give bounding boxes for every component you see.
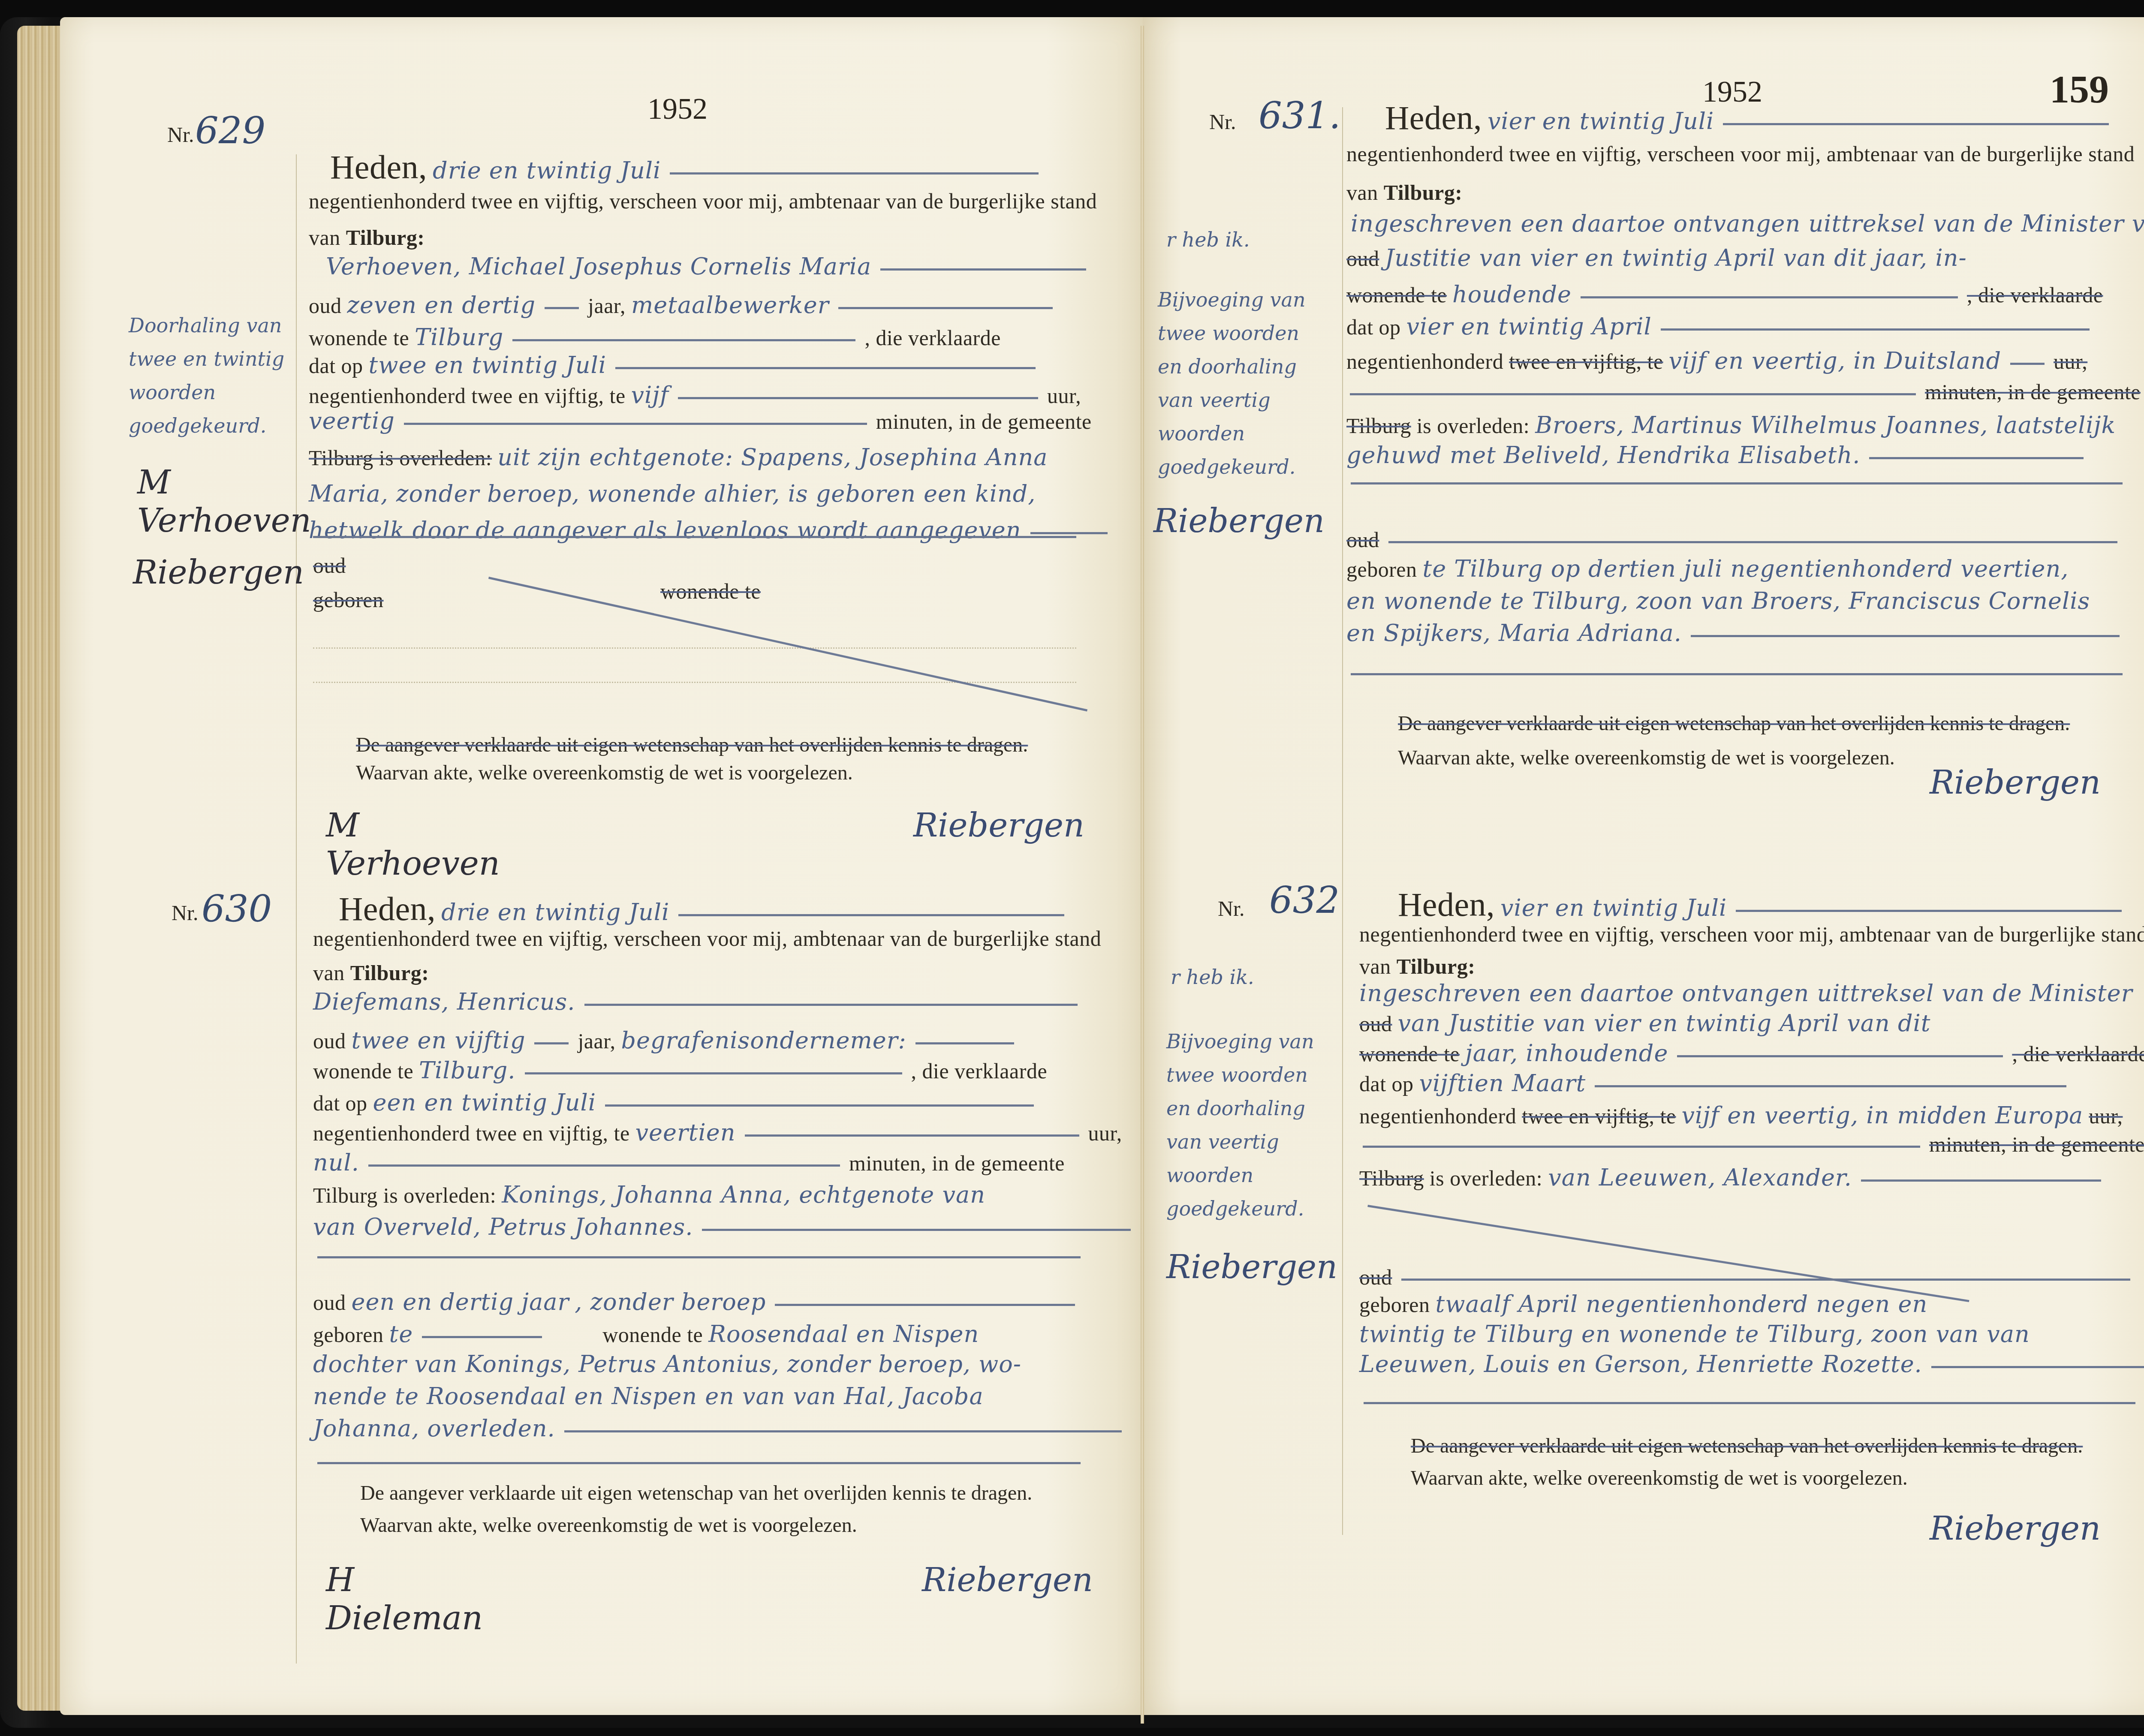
wonende-line: wonende te jaar, inhoudende , die verkla… (1359, 1040, 2144, 1067)
margin-signature-declarant: M Verhoeven (137, 463, 311, 539)
deceased-line-3: hetwelk door de aangever als levenloos w… (309, 517, 1111, 544)
margin-signature: Riebergen (1153, 502, 1325, 540)
datop-line: dat op een en twintig Juli (313, 1089, 1037, 1116)
oud-line: oud twee en vijftig jaar, begrafenisonde… (313, 1027, 1018, 1054)
signature-official: Riebergen (1930, 763, 2101, 801)
minutes: veertig (309, 407, 395, 434)
deceased-line-1: uit zijn echtgenote: Spapens, Josephina … (497, 444, 1048, 471)
residence2: Roosendaal en Nispen (708, 1321, 979, 1348)
closing-read: Waarvan akte, welke overeenkomstig de we… (1398, 746, 1895, 770)
datop-line: dat op vier en twintig April (1346, 313, 2093, 340)
line-verscheen: negentienhonderd twee en vijftig, versch… (1359, 922, 2144, 947)
nr-label: Nr. (172, 900, 199, 925)
age: twee en vijftig (352, 1027, 526, 1054)
residence: Tilburg (415, 324, 503, 351)
wonende2-label: wonende te (660, 579, 761, 604)
margin-rule (296, 154, 297, 1664)
birth-line-3: en Spijkers, Maria Adriana. (1346, 620, 2123, 647)
van-tilburg-line: van Tilburg: (1346, 180, 1462, 205)
date: vijftien Maart (1419, 1070, 1586, 1097)
closing-statement: De aangever verklaarde uit eigen wetensc… (356, 733, 1028, 757)
nr-label: Nr. (1218, 896, 1245, 921)
oud2-line: oud een en dertig jaar , zonder beroep (313, 1288, 1078, 1315)
closing-read: Waarvan akte, welke overeenkomstig de we… (360, 1513, 857, 1537)
deceased-line-2: van Overveld, Petrus Johannes. (313, 1213, 1134, 1240)
heden-value: drie en twintig Juli (441, 899, 669, 926)
oud2-line: oud (1359, 1265, 2134, 1290)
minutes-line: nul. minuten, in de gemeente (313, 1149, 1065, 1176)
closing-read: Waarvan akte, welke overeenkomstig de we… (1411, 1466, 1908, 1490)
birth-line-2: twintig te Tilburg en wonende te Tilburg… (1359, 1321, 2030, 1348)
birth-line-1: twaalf April negentienhonderd negen en (1436, 1291, 1928, 1318)
geboren-line: geboren twaalf April negentienhonderd ne… (1359, 1291, 1927, 1318)
minutes: nul. (313, 1149, 359, 1176)
hour: veertien (635, 1119, 736, 1146)
nr-value: 632 (1269, 879, 1340, 922)
geboren-line: geboren te wonende te Roosendaal en Nisp… (313, 1321, 979, 1348)
declarant-name-line: Diefemans, Henricus. (313, 988, 1081, 1015)
occupation: metaalbewerker (631, 292, 829, 319)
deceased-line-1: Konings, Johanna Anna, echtgenote van (502, 1181, 985, 1208)
deceased-line-1: Broers, Martinus Wilhelmus Joannes, laat… (1535, 412, 2116, 439)
body-line-2: oud van Justitie van vier en twintig Apr… (1359, 1010, 1931, 1037)
declarant-name: Diefemans, Henricus. (313, 988, 575, 1015)
signature-official: Riebergen (1930, 1509, 2101, 1547)
margin-note-top: r heb ik. (1166, 223, 1329, 256)
nr-label: Nr. (1209, 109, 1236, 134)
datop-line: dat op vijftien Maart (1359, 1070, 2070, 1097)
hour: vijf (631, 382, 669, 409)
year-hour-line: negentienhonderd twee en vijftig, te vij… (1346, 347, 2087, 374)
date: twee en twintig Juli (369, 352, 607, 379)
parents-line-3: Johanna, overleden. (313, 1415, 1125, 1442)
signature-official: Riebergen (922, 1561, 1093, 1599)
closing-read: Waarvan akte, welke overeenkomstig de we… (356, 761, 853, 785)
van-tilburg-line: van Tilburg: (313, 960, 429, 985)
book-spine (1141, 26, 1144, 1724)
date: een en twintig Juli (373, 1089, 596, 1116)
residence: Tilburg. (419, 1057, 515, 1084)
deceased-line-2: Maria, zonder beroep, wonende alhier, is… (309, 480, 1036, 507)
occupation2: , zonder beroep (575, 1288, 766, 1315)
line-verscheen: negentienhonderd twee en vijftig, versch… (309, 189, 1097, 214)
nr-label: Nr. (167, 122, 194, 147)
heden-line: Heden, drie en twintig Juli (339, 890, 1068, 928)
wonende-line: wonende te Tilburg , die verklaarde (309, 324, 1001, 351)
year-hour-line: negentienhonderd twee en vijftig, te vij… (1359, 1102, 2123, 1129)
line-verscheen: negentienhonderd twee en vijftig, versch… (1346, 141, 2135, 166)
nr-value: 629 (195, 109, 265, 152)
geboren-line: geboren te Tilburg op dertien juli negen… (1346, 555, 2069, 582)
body-line-2: oud Justitie van vier en twintig April v… (1346, 244, 1967, 271)
oud2-line: oud (1346, 527, 2121, 552)
wonende-line: wonende te houdende , die verklaarde (1346, 281, 2103, 308)
van-tilburg-line: van Tilburg: (309, 225, 425, 250)
overleden-line: Tilburg is overleden: uit zijn echtgenot… (309, 444, 1048, 471)
margin-note: Bijvoeging van twee woorden en doorhalin… (1158, 283, 1329, 484)
minutes-line: minuten, in de gemeente (1359, 1132, 2144, 1157)
signature-official: Riebergen (913, 806, 1084, 844)
page-year: 1952 (647, 92, 708, 126)
occupation: begrafenisondernemer: (621, 1027, 906, 1054)
datop-line: dat op twee en twintig Juli (309, 352, 1039, 379)
residence: houdende (1452, 281, 1572, 308)
heden-line: Heden, drie en twintig Juli (330, 148, 1042, 187)
signature-declarant: M Verhoeven (326, 806, 500, 882)
closing-statement: De aangever verklaarde uit eigen wetensc… (1411, 1434, 2083, 1458)
margin-signature: Riebergen (1166, 1248, 1337, 1286)
hour-text: vijf en veertig, in Duitsland (1669, 347, 2001, 374)
birthplace: te (389, 1321, 413, 1348)
body-line-1: ingeschreven een daartoe ontvangen uittr… (1359, 980, 2133, 1007)
heden-value: drie en twintig Juli (433, 157, 661, 184)
declarant-name-line: Verhoeven, Michael Josephus Cornelis Mar… (326, 253, 1090, 280)
declarant-name: Verhoeven, Michael Josephus Cornelis Mar… (326, 253, 871, 280)
closing-statement: De aangever verklaarde uit eigen wetensc… (360, 1481, 1032, 1505)
line-verscheen: negentienhonderd twee en vijftig, versch… (313, 926, 1101, 951)
margin-note: Doorhaling van twee en twintig woorden g… (129, 309, 292, 442)
van-tilburg-line: van Tilburg: (1359, 954, 1475, 979)
margin-note-top: r heb ik. (1171, 960, 1334, 994)
birth-line-1: te Tilburg op dertien juli negentienhond… (1423, 555, 2069, 582)
filled-line (313, 536, 1076, 538)
signature-declarant: H Dieleman (326, 1561, 483, 1637)
minutes-line: veertig minuten, in de gemeente (309, 407, 1092, 434)
deceased-line-1: van Leeuwen, Alexander. (1548, 1164, 1852, 1191)
nr-value: 631. (1259, 94, 1340, 137)
wonende-line: wonende te Tilburg. , die verklaarde (313, 1057, 1047, 1084)
year-hour-line: negentienhonderd twee en vijftig, te vij… (309, 382, 1081, 409)
body-line-1: ingeschreven een daartoe ontvangen uittr… (1351, 210, 2144, 237)
age2: een en dertig jaar (352, 1288, 569, 1315)
closing-statement: De aangever verklaarde uit eigen wetensc… (1398, 712, 2070, 735)
minutes-line: minuten, in de gemeente (1346, 379, 2141, 404)
nr-value: 630 (202, 888, 272, 930)
heden-value: vier en twintig Juli (1488, 108, 1714, 135)
birth-line-2: en wonende te Tilburg, zoon van Broers, … (1346, 587, 2090, 614)
oud-line: oud zeven en dertig jaar, metaalbewerker (309, 292, 1056, 319)
heden-line: Heden, vier en twintig Juli (1385, 99, 2112, 137)
geboren-line: geboren (313, 587, 384, 612)
year-hour-line: negentienhonderd twee en vijftig, te vee… (313, 1119, 1122, 1146)
margin-rule (1342, 107, 1343, 1535)
margin-note: Bijvoeging van twee woorden en doorhalin… (1166, 1025, 1338, 1225)
parents-line-1: dochter van Konings, Petrus Antonius, zo… (313, 1351, 1021, 1378)
overleden-line: Tilburg is overleden: Broers, Martinus W… (1346, 412, 2116, 439)
heden-value: vier en twintig Juli (1500, 894, 1727, 921)
right-page (1143, 17, 2144, 1715)
age: zeven en dertig (347, 292, 536, 319)
parents-line-2: nende te Roosendaal en Nispen en van van… (313, 1383, 984, 1410)
overleden-line: Tilburg is overleden: Konings, Johanna A… (313, 1181, 985, 1208)
heden-line: Heden, vier en twintig Juli (1398, 885, 2125, 924)
margin-signature-official: Riebergen (133, 553, 304, 591)
residence: jaar, inhoudende (1465, 1040, 1668, 1067)
birth-line-3: Leeuwen, Louis en Gerson, Henriette Roze… (1359, 1351, 2144, 1378)
deceased-line-2: gehuwd met Beliveld, Hendrika Elisabeth. (1346, 442, 2087, 469)
date: vier en twintig April (1406, 313, 1652, 340)
oud2-line: oud (313, 553, 346, 578)
hour-text: vijf en veertig, in midden Europa (1682, 1102, 2084, 1129)
overleden-line: Tilburg is overleden: van Leeuwen, Alexa… (1359, 1164, 2105, 1191)
